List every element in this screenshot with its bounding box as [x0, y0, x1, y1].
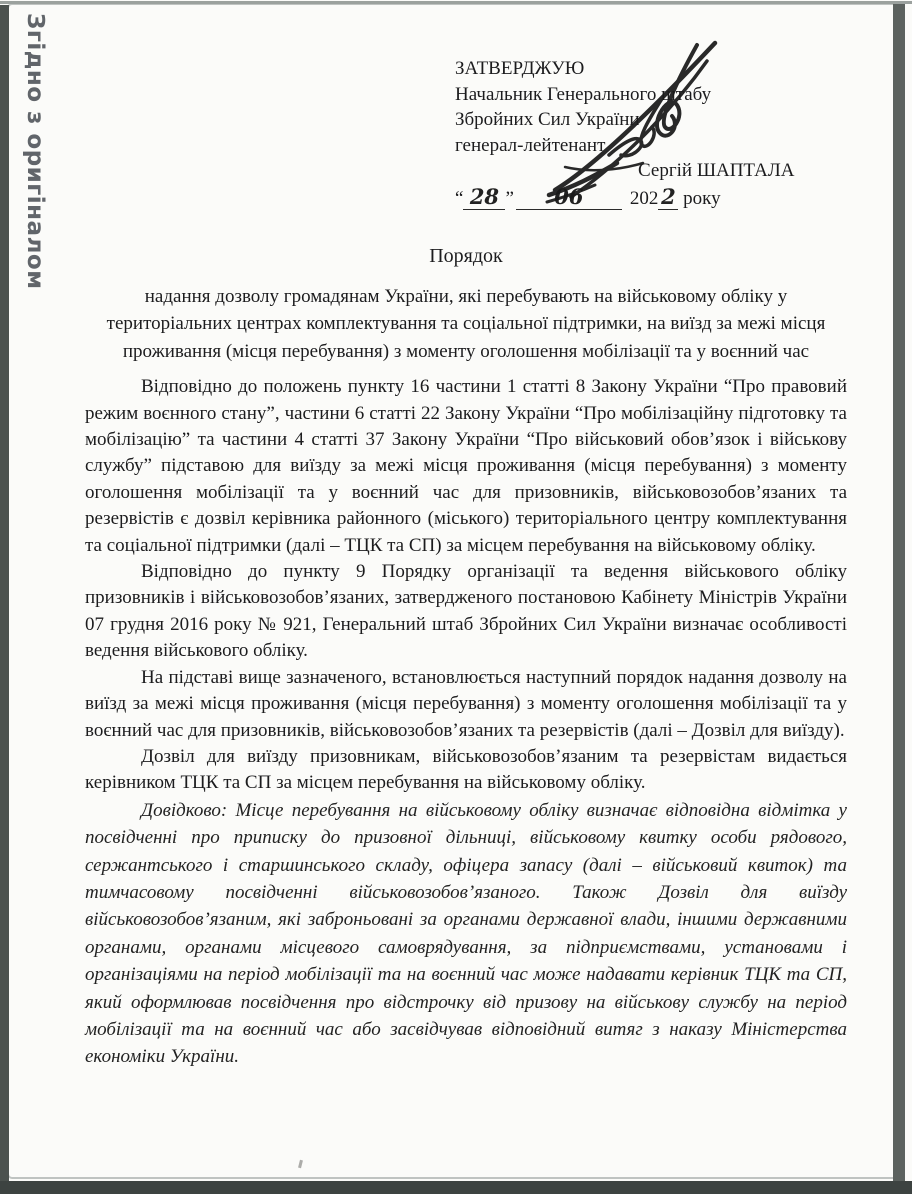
scan-left-edge-bar	[0, 5, 9, 1183]
scan-right-edge-bar	[893, 4, 905, 1183]
date-day-handwritten: 28	[470, 184, 499, 209]
date-open-quote: “	[455, 188, 463, 209]
paragraph-reference-note: Довідково: Місце перебування на військов…	[85, 797, 847, 1071]
document-title: Порядок	[85, 245, 847, 268]
paragraph-procedure-established: На підставі вище зазначеного, встановлює…	[85, 665, 847, 744]
scan-bottom-edge-bar	[0, 1181, 912, 1194]
document-body: Порядок надання дозволу громадянам Украї…	[85, 245, 847, 1071]
scan-top-edge	[0, 1, 912, 4]
scanned-document-page: Згідно з оригіналом ЗАТВЕРДЖУЮ Начальник…	[0, 0, 912, 1194]
paragraph-registration-order: Відповідно до пункту 9 Порядку організац…	[85, 559, 847, 665]
paragraph-permit-issuer: Дозвіл для виїзду призовникам, військово…	[85, 744, 847, 797]
certified-copy-stamp: Згідно з оригіналом	[22, 13, 48, 290]
document-subtitle: надання дозволу громадянам України, які …	[85, 283, 847, 365]
date-close-quote: ”	[505, 188, 513, 209]
paragraph-legal-basis: Відповідно до положень пункту 16 частини…	[85, 374, 847, 559]
handwritten-signature	[545, 27, 745, 212]
